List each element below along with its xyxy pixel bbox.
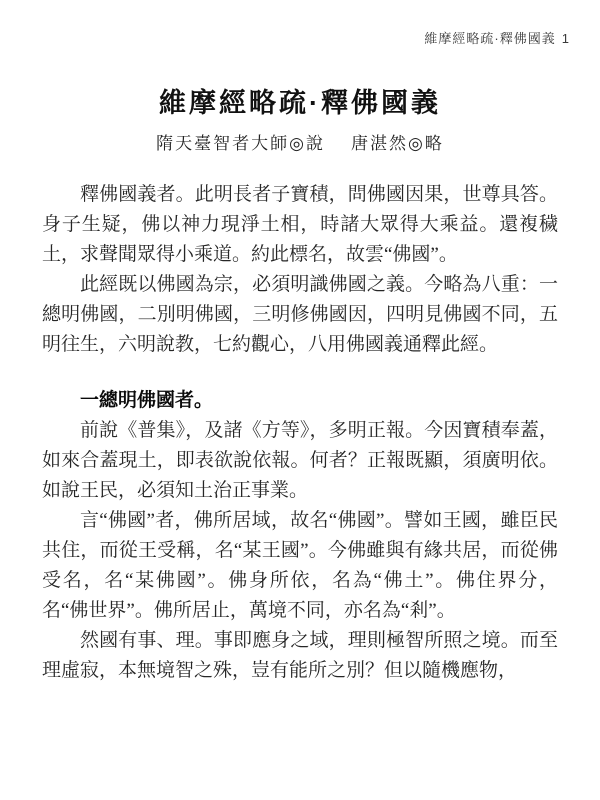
paragraph: 釋佛國義者。此明長者子寶積，問佛國因果，世尊具答。身子生疑，佛以神力現淨土相，時… xyxy=(42,180,558,270)
body-text: 釋佛國義者。此明長者子寶積，問佛國因果，世尊具答。身子生疑，佛以神力現淨土相，時… xyxy=(42,180,558,686)
paragraph: 言“佛國”者，佛所居域，故名“佛國”。譬如王國，雖臣民共住，而從王受稱，名“某王… xyxy=(42,506,558,626)
document-page: 維摩經略疏·釋佛國義1 維摩經略疏·釋佛國義 隋天臺智者大師◎說唐湛然◎略 釋佛… xyxy=(0,0,600,800)
page-title: 維摩經略疏·釋佛國義 xyxy=(0,81,600,120)
section-heading: 一總明佛國者。 xyxy=(42,386,558,416)
paragraph: 前說《普集》，及諸《方等》，多明正報。今因寶積奉蓋，如來合蓋現土，即表欲說依報。… xyxy=(42,416,558,506)
byline-editor: 唐湛然◎略 xyxy=(351,134,444,153)
paragraph: 此經既以佛國為宗，必須明識佛國之義。今略為八重：一總明佛國，二別明佛國，三明修佛… xyxy=(42,270,558,360)
page-number: 1 xyxy=(562,31,570,46)
running-title: 維摩經略疏·釋佛國義 xyxy=(424,31,555,46)
byline-author: 隋天臺智者大師◎說 xyxy=(156,134,325,153)
running-header: 維摩經略疏·釋佛國義1 xyxy=(0,0,600,47)
byline: 隋天臺智者大師◎說唐湛然◎略 xyxy=(0,129,600,154)
paragraph: 然國有事、理。事即應身之域，理則極智所照之境。而至理虛寂，本無境智之殊，豈有能所… xyxy=(42,626,558,686)
